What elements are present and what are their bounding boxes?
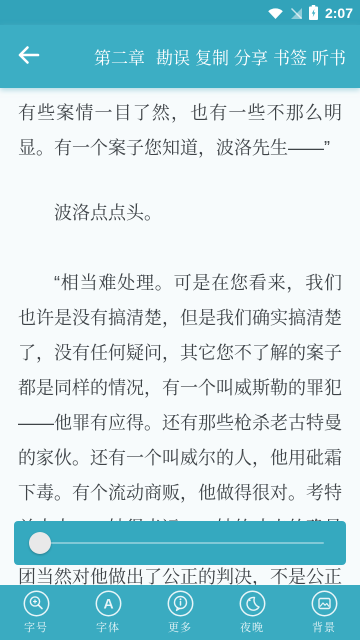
reader-screen: 2:07 第二章 勘误 复制 分享 书签 听书 有些案情一目了然，也有一些不那么… [0, 0, 360, 640]
arrow-left-icon [15, 43, 41, 67]
background-icon [311, 590, 338, 617]
tool-label: 更多 [168, 619, 192, 635]
paragraph: “相当难处理。可是在您看来，我们也许是没有搞清楚，但是我们确实搞清楚了，没有任何… [18, 266, 342, 546]
tool-label: 背景 [312, 619, 336, 635]
back-button[interactable] [14, 43, 42, 71]
font-icon: A [95, 590, 122, 617]
share-button[interactable]: 分享 [234, 44, 268, 69]
progress-slider-track[interactable] [40, 542, 324, 544]
progress-slider-panel[interactable] [14, 521, 346, 565]
status-bar: 2:07 [0, 0, 360, 25]
font-size-button[interactable]: 字号 [0, 585, 72, 640]
wifi-icon [267, 6, 284, 20]
paragraph: 有些案情一目了然，也有一些不那么明显。有一个案子您知道，波洛先生——” [18, 96, 342, 166]
clock: 2:07 [325, 5, 353, 21]
more-button[interactable]: 更多 [144, 585, 216, 640]
chapter-title: 第二章 [94, 44, 145, 69]
copy-button[interactable]: 复制 [195, 44, 229, 69]
bottom-toolbar: 字号 A 字体 更多 夜晚 [0, 585, 360, 640]
more-icon [167, 590, 194, 617]
tool-label: 字体 [96, 619, 120, 635]
battery-charging-icon [309, 5, 318, 20]
listen-button[interactable]: 听书 [312, 44, 346, 69]
bookmark-button[interactable]: 书签 [273, 44, 307, 69]
font-button[interactable]: A 字体 [72, 585, 144, 640]
font-size-icon [23, 590, 50, 617]
paragraph: 波洛点点头。 [18, 196, 342, 231]
background-button[interactable]: 背景 [288, 585, 360, 640]
night-mode-button[interactable]: 夜晚 [216, 585, 288, 640]
tool-label: 字号 [24, 619, 48, 635]
errata-button[interactable]: 勘误 [156, 44, 190, 69]
app-bar: 第二章 勘误 复制 分享 书签 听书 [0, 25, 360, 88]
no-signal-icon [289, 6, 304, 20]
svg-text:A: A [103, 596, 113, 612]
tool-label: 夜晚 [240, 619, 264, 635]
app-bar-actions: 勘误 复制 分享 书签 听书 [156, 44, 346, 69]
progress-slider-thumb[interactable] [29, 532, 51, 554]
night-icon [239, 590, 266, 617]
